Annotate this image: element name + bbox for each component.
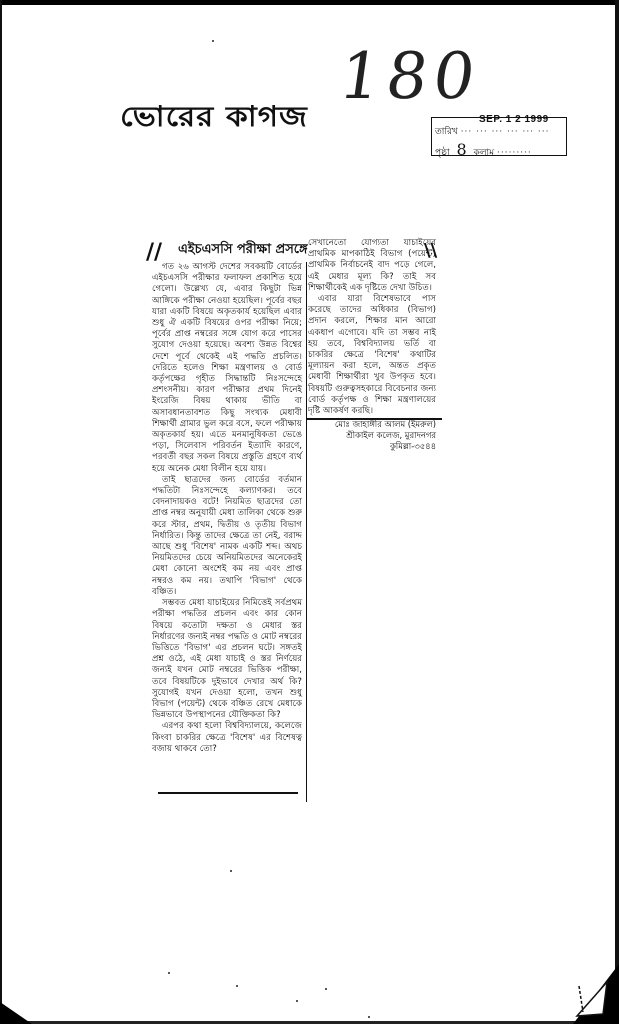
scan-border-right xyxy=(615,0,619,1024)
date-stamp: SEP. 1 2 1999 তারিখ ··· ··· ··· ··· ··· … xyxy=(431,117,567,156)
paragraph: তাই ছাত্রদের জন্য বোর্ডের বর্তমান পদ্ধতি… xyxy=(152,475,302,598)
stamp-column-label: কলাম xyxy=(474,148,495,158)
handwritten-page-number: 180 xyxy=(335,40,486,114)
page-fold-icon xyxy=(575,980,609,1018)
paragraph: এরপর কথা হলো বিশ্ববিদ্যালয়ে, কলেজে কিংব… xyxy=(152,721,302,755)
article-title: এইচএসসি পরীক্ষা প্রসঙ্গে xyxy=(178,240,308,261)
scan-speck xyxy=(325,988,327,990)
newspaper-masthead: ভোরের কাগজ xyxy=(120,96,308,143)
stamp-page-value: 8 xyxy=(456,140,466,159)
scan-border-top xyxy=(0,0,619,5)
article-clipping: // \\ এইচএসসি পরীক্ষা প্রসঙ্গে গত ২৬ আগস… xyxy=(148,236,440,806)
scan-speck xyxy=(212,40,214,42)
scan-speck xyxy=(296,1000,298,1002)
scan-speck xyxy=(368,1016,370,1018)
author-institution: শ্রীকাইল কলেজ, মুরাদনগর xyxy=(308,430,436,441)
author-name: মোঃ জাহাঙ্গীর আলম (ইমরুল) xyxy=(308,419,436,430)
scan-speck xyxy=(168,972,170,974)
stamp-column-dots: ········· xyxy=(497,148,532,158)
stamp-date-row: তারিখ ··· ··· ··· ··· ··· ··· xyxy=(435,124,550,139)
paragraph: সম্ভবত মেধা যাচাইয়ের নিমিত্তেই সর্বপ্রথ… xyxy=(152,598,302,721)
paragraph: সেখানেতো যোগ্যতা যাচাইয়ের প্রাথমিক মাপক… xyxy=(308,238,436,294)
stamp-page-row: পৃষ্ঠা 8 কলাম ········· xyxy=(435,140,532,160)
article-left-column: গত ২৬ আগস্ট দেশের সবকয়টি বোর্ডের এইচএসস… xyxy=(152,262,307,802)
scan-corner-shadow xyxy=(0,1002,32,1024)
column-end-rule xyxy=(306,418,442,420)
scan-speck xyxy=(236,985,238,987)
scan-border-left xyxy=(0,0,2,1024)
stamp-page-label: পৃষ্ঠা xyxy=(435,148,450,158)
article-end-rule xyxy=(158,792,298,794)
stamp-date-label: তারিখ xyxy=(435,127,458,137)
article-right-column: সেখানেতো যোগ্যতা যাচাইয়ের প্রাথমিক মাপক… xyxy=(308,238,436,452)
scan-speck xyxy=(230,870,232,872)
paragraph: গত ২৬ আগস্ট দেশের সবকয়টি বোর্ডের এইচএসস… xyxy=(152,262,302,475)
author-signature: মোঃ জাহাঙ্গীর আলম (ইমরুল) শ্রীকাইল কলেজ,… xyxy=(308,419,436,452)
author-location: কুমিল্লা-৩৫৪৪ xyxy=(308,441,436,452)
stamp-dots: ··· ··· ··· ··· ··· ··· xyxy=(461,127,550,137)
paragraph: এবার যারা বিশেষভাবে পাস করেছে তাদের অধিক… xyxy=(308,294,436,417)
